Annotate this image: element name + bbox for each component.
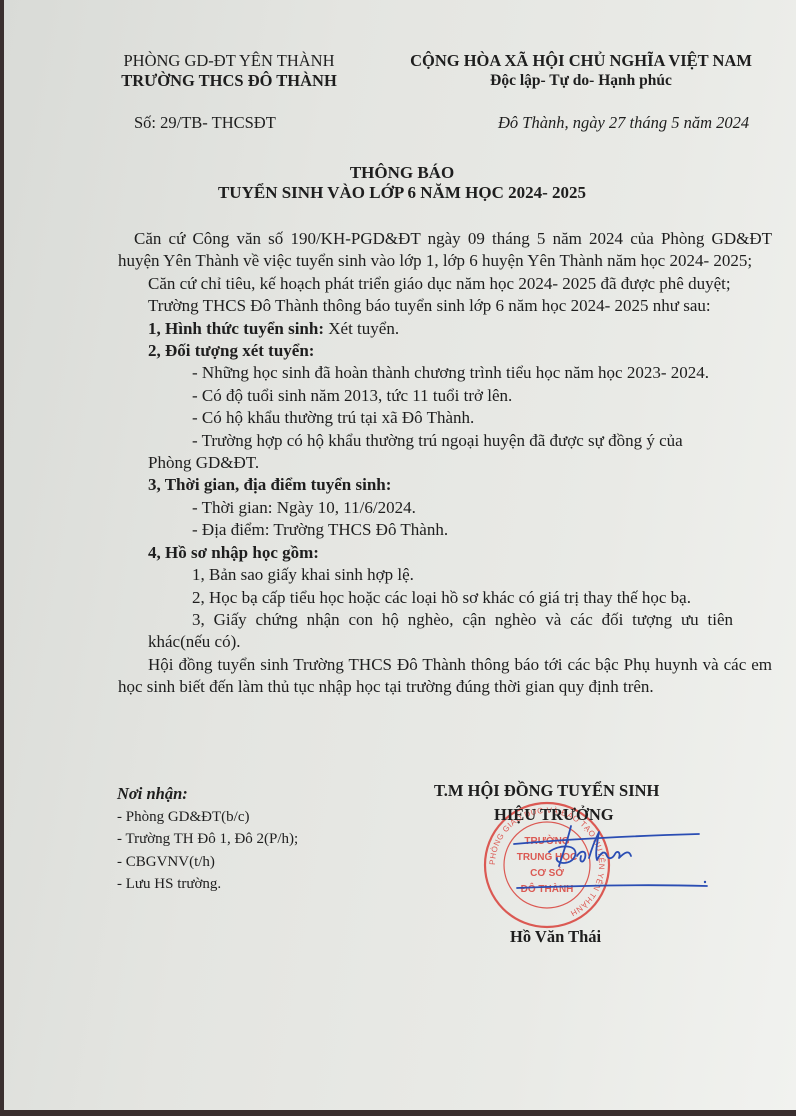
intro-paragraph: Trường THCS Đô Thành thông báo tuyển sin… xyxy=(132,295,772,317)
section-2-heading: 2, Đối tượng xét tuyển: xyxy=(132,340,772,362)
national-motto: Độc lập- Tự do- Hạnh phúc xyxy=(382,71,780,91)
issuer-school: TRƯỜNG THCS ĐÔ THÀNH xyxy=(100,71,358,91)
place-date: Đô Thành, ngày 27 tháng 5 năm 2024 xyxy=(498,113,749,133)
section-4-item: 2, Học bạ cấp tiểu học hoặc các loại hồ … xyxy=(132,587,772,609)
section-4-item: 3, Giấy chứng nhận con hộ nghèo, cận ngh… xyxy=(132,609,772,631)
basis-paragraph-1: Căn cứ Công văn số 190/KH-PGD&ĐT ngày 09… xyxy=(118,228,772,273)
section-2-item-continued: Phòng GD&ĐT. xyxy=(132,452,772,474)
recipients-block: Nơi nhận: - Phòng GD&ĐT(b/c) - Trường TH… xyxy=(117,783,298,896)
section-3-item: - Địa điểm: Trường THCS Đô Thành. xyxy=(132,519,772,541)
section-4-item-continued: khác(nếu có). xyxy=(132,631,772,653)
document-title: THÔNG BÁO xyxy=(4,163,796,183)
section-1-value: Xét tuyển. xyxy=(324,319,399,338)
recipient-item: - CBGVNV(t/h) xyxy=(117,851,298,874)
national-title: CỘNG HÒA XÃ HỘI CHỦ NGHĨA VIỆT NAM xyxy=(382,51,780,71)
section-2-item: - Có độ tuổi sinh năm 2013, tức 11 tuổi … xyxy=(132,385,772,407)
section-2-item: - Trường hợp có hộ khẩu thường trú ngoại… xyxy=(132,430,772,452)
issuer-block: PHÒNG GD-ĐT YÊN THÀNH TRƯỜNG THCS ĐÔ THÀ… xyxy=(100,51,358,91)
closing-paragraph: Hội đồng tuyển sinh Trường THCS Đô Thành… xyxy=(118,654,772,699)
section-3-item: - Thời gian: Ngày 10, 11/6/2024. xyxy=(132,497,772,519)
recipients-title: Nơi nhận: xyxy=(117,783,298,806)
section-1-heading: 1, Hình thức tuyển sinh: xyxy=(148,319,324,338)
signer-name: Hồ Văn Thái xyxy=(510,927,601,947)
basis-paragraph-2: Căn cứ chỉ tiêu, kế hoạch phát triển giá… xyxy=(118,273,772,295)
section-4-heading: 4, Hồ sơ nhập học gồm: xyxy=(132,542,772,564)
recipient-item: - Lưu HS trường. xyxy=(117,873,298,896)
handwritten-signature-icon xyxy=(509,822,709,897)
section-2-item: - Những học sinh đã hoàn thành chương tr… xyxy=(132,362,772,384)
document-body: Căn cứ Công văn số 190/KH-PGD&ĐT ngày 09… xyxy=(132,228,772,699)
section-3-heading: 3, Thời gian, địa điểm tuyển sinh: xyxy=(132,474,772,496)
recipient-item: - Trường TH Đô 1, Đô 2(P/h); xyxy=(117,828,298,851)
section-2-item: - Có hộ khẩu thường trú tại xã Đô Thành. xyxy=(132,407,772,429)
document-number: Số: 29/TB- THCSĐT xyxy=(134,113,276,133)
document-page: PHÒNG GD-ĐT YÊN THÀNH TRƯỜNG THCS ĐÔ THÀ… xyxy=(4,0,796,1110)
recipient-item: - Phòng GD&ĐT(b/c) xyxy=(117,806,298,829)
national-motto-block: CỘNG HÒA XÃ HỘI CHỦ NGHĨA VIỆT NAM Độc l… xyxy=(382,51,780,91)
document-subtitle: TUYỂN SINH VÀO LỚP 6 NĂM HỌC 2024- 2025 xyxy=(4,183,796,203)
section-1: 1, Hình thức tuyển sinh: Xét tuyển. xyxy=(132,318,772,340)
signer-organization: T.M HỘI ĐỒNG TUYỂN SINH xyxy=(434,781,659,801)
issuer-department: PHÒNG GD-ĐT YÊN THÀNH xyxy=(100,51,358,71)
section-4-item: 1, Bản sao giấy khai sinh hợp lệ. xyxy=(132,564,772,586)
